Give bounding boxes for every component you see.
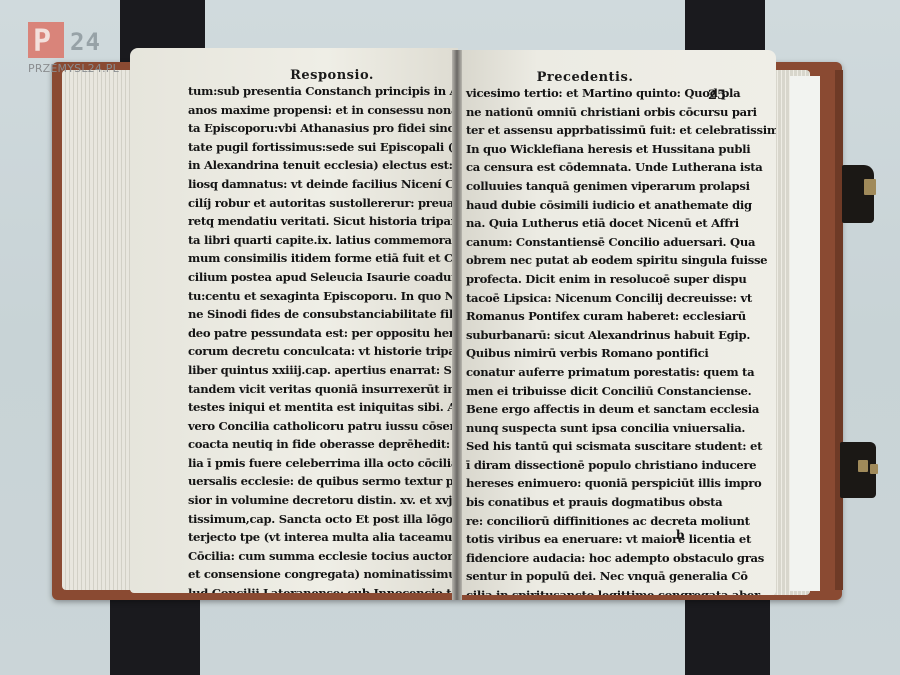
watermark-logo-letter: P: [33, 24, 51, 59]
watermark-digits: 24: [70, 28, 101, 56]
watermark-site: PRZEMYSL24.PL: [28, 62, 119, 75]
text-line: coacta neutiq in fide oberasse deprēhedi…: [188, 435, 458, 454]
text-line: tu:centu et sexaginta Episcoporu. In quo…: [188, 287, 458, 306]
text-line: nunq suspecta sunt ipsa concilia vniuers…: [466, 419, 776, 438]
clasp-top: [842, 165, 874, 223]
text-line: conatur auferre primatum porestatis: que…: [466, 363, 776, 382]
text-line: cilíj robur et autoritas sustollererur: …: [188, 194, 458, 213]
text-line: in Alexandrina tenuit ecclesia) electus …: [188, 156, 458, 175]
text-line: na. Quia Lutherus etiā docet Nicenū et A…: [466, 214, 776, 233]
text-line: liber quintus xxiiij.cap. apertius enarr…: [188, 361, 458, 380]
text-line: canum: Constantiensē Concilio aduersari.…: [466, 233, 776, 252]
text-line: hereses enimuero: quoniā perspiciūt illi…: [466, 474, 776, 493]
support-strap-bottom-left: [110, 590, 200, 675]
watermark-logo: P: [28, 22, 64, 58]
text-line: tissimum,cap. Sancta octo Et post illa l…: [188, 510, 458, 529]
text-line: vero Concilia catholicoru patru iussu cō…: [188, 417, 458, 436]
page-edge-right: [790, 76, 820, 591]
clasp-pin-icon: [864, 179, 876, 195]
clasp-pin-icon: [870, 464, 878, 474]
text-line: Cōcilia: cum summa ecclesie tocius aucto…: [188, 547, 458, 566]
text-line: tacoē Lipsica: Nicenum Concilij decreuis…: [466, 289, 776, 308]
text-line: lia ī pmis fuere celeberrima illa octo c…: [188, 454, 458, 473]
text-line: deo patre pessundata est: per oppositu h…: [188, 324, 458, 343]
text-line: ter et assensu apprbatissimū fuit: et ce…: [466, 121, 776, 140]
text-line: et consensione congregata) nominatissimu…: [188, 565, 458, 584]
text-line: ta libri quarti capite.ix. latius commem…: [188, 231, 458, 250]
text-line: uersalis ecclesie: de quibus sermo textu…: [188, 472, 458, 491]
clasp-bottom: [840, 442, 876, 498]
right-page-text: vicesimo tertio: et Martino quinto: Quod…: [466, 84, 776, 595]
text-line: lud Concilij Lateranense: sub Innocencio…: [188, 584, 458, 593]
text-line: colluuies tanquā genimen viperarum prola…: [466, 177, 776, 196]
signature-mark: b: [676, 528, 684, 542]
text-line: profecta. Dicit enim in resolucoē super …: [466, 270, 776, 289]
text-line: tate pugil fortissimus:sede sui Episcopa…: [188, 138, 458, 157]
text-line: mum consimilis itidem forme etiā fuit et…: [188, 249, 458, 268]
text-line: fidenciore audacia: hoc adempto obstacul…: [466, 549, 776, 568]
book-cover-edge: [835, 70, 843, 590]
support-strap-bottom-right: [685, 590, 770, 675]
text-line: men ei tribuisse dicit Conciliū Constanc…: [466, 382, 776, 401]
running-head-right: Precedentis.: [458, 70, 744, 85]
text-line: retq mendatiu veritati. Sicut historia t…: [188, 212, 458, 231]
text-line: haud dubie cōsimili iudicio et anathemat…: [466, 196, 776, 215]
text-line: terjecto tpe (vt interea multa alia tace…: [188, 528, 458, 547]
text-line: re: conciliorū diffinitiones ac decreta …: [466, 512, 776, 531]
text-line: ī diram dissectionē populo christiano in…: [466, 456, 776, 475]
text-line: anos maxime propensi: et in consessu non…: [188, 101, 458, 120]
text-line: testes iniqui et mentita est iniquitas s…: [188, 398, 458, 417]
text-line: liosq damnatus: vt deinde facilius Nicen…: [188, 175, 458, 194]
text-line: suburbanarū: sicut Alexandrinus habuit E…: [466, 326, 776, 345]
text-line: cilia in spiritusancto legittime congreg…: [466, 586, 776, 595]
text-line: Bene ergo affectis in deum et sanctam ec…: [466, 400, 776, 419]
text-line: tum:sub presentia Constanch principis in…: [188, 82, 458, 101]
running-head-left: Responsio.: [168, 68, 458, 83]
right-page: Precedentis. 25 vicesimo tertio: et Mart…: [458, 50, 776, 595]
book-gutter: [452, 50, 462, 600]
text-line: totis viribus ea eneruare: vt maiore lic…: [466, 530, 776, 549]
watermark: P 24 PRZEMYSL24.PL: [28, 22, 64, 58]
text-line: In quo Wicklefiana heresis et Hussitana …: [466, 140, 776, 159]
text-line: Quibus nimirū verbis Romano pontifici: [466, 344, 776, 363]
text-line: obrem nec putat ab eodem spiritu singula…: [466, 251, 776, 270]
clasp-pin-icon: [858, 460, 868, 472]
text-line: ca censura est cōdemnata. Unde Lutherana…: [466, 158, 776, 177]
text-line: Sed his tantū qui scismata suscitare stu…: [466, 437, 776, 456]
text-line: sior in volumine decretoru distin. xv. e…: [188, 491, 458, 510]
text-line: cilium postea apud Seleucia Isaurie coad…: [188, 268, 458, 287]
left-page: Responsio. tum:sub presentia Constanch p…: [130, 48, 458, 593]
text-line: sentur in populū dei. Nec vnquā generali…: [466, 567, 776, 586]
text-line: ta Episcoporu:vbi Athanasius pro fidei s…: [188, 119, 458, 138]
text-line: corum decretu conculcata: vt historie tr…: [188, 342, 458, 361]
text-line: tandem vicit veritas quoniā insurrexerūt…: [188, 380, 458, 399]
text-line: ne Sinodi fides de consubstanciabilitate…: [188, 305, 458, 324]
text-line: vicesimo tertio: et Martino quinto: Quod…: [466, 84, 776, 103]
text-line: ne nationū omniū christiani orbis cōcurs…: [466, 103, 776, 122]
left-page-text: tum:sub presentia Constanch principis in…: [188, 82, 458, 593]
text-line: Romanus Pontifex curam haberet: ecclesia…: [466, 307, 776, 326]
text-line: bis conatibus et prauis dogmatibus obsta: [466, 493, 776, 512]
